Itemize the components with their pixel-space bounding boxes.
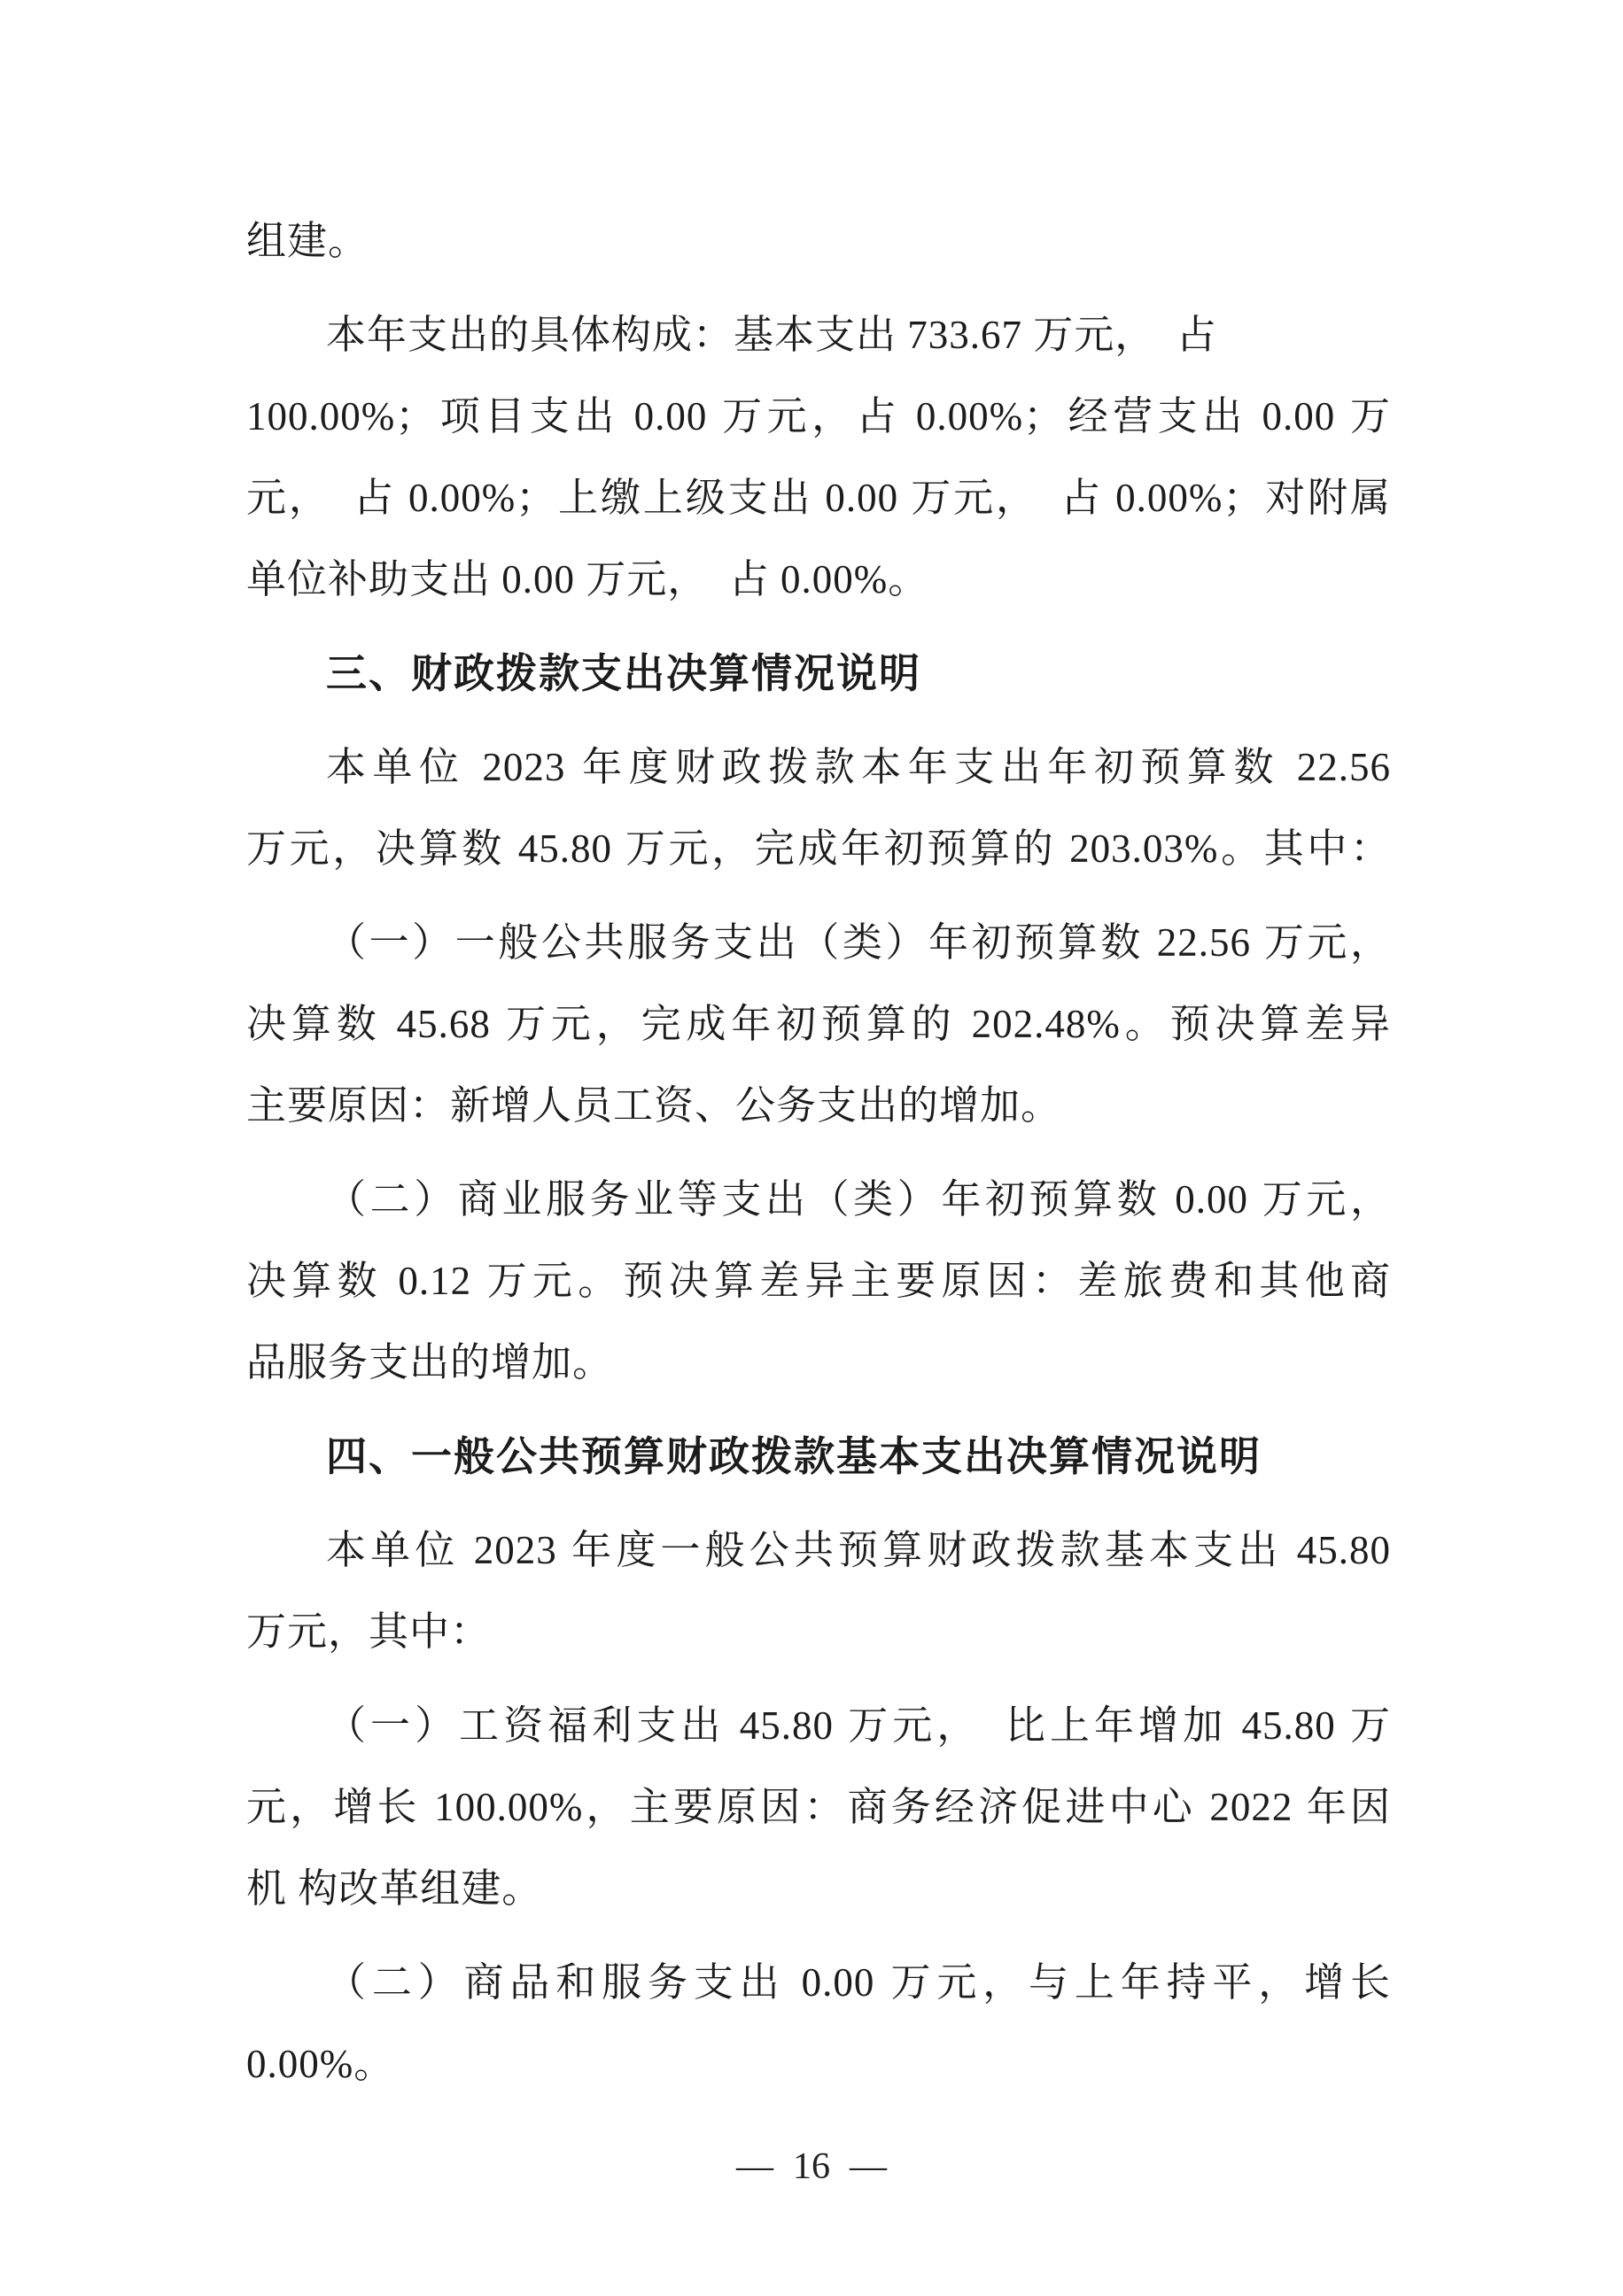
page-number-footer: —16—	[0, 2142, 1623, 2191]
paragraph-line: 万元，决算数 45.80 万元，完成年初预算的 203.03%。其中：	[246, 808, 1391, 889]
paragraph-line: 元，增长 100.00%，主要原因：商务经济促进中心 2022 年因	[246, 1766, 1391, 1848]
paragraph-line: 元， 占 0.00%；上缴上级支出 0.00 万元， 占 0.00%；对附属	[246, 457, 1391, 539]
paragraph-line: 本年支出的具体构成：基本支出 733.67 万元， 占	[246, 294, 1391, 376]
document-page: 组建。 本年支出的具体构成：基本支出 733.67 万元， 占 100.00%；…	[0, 0, 1623, 2296]
paragraph-line: 品服务支出的增加。	[246, 1322, 1391, 1403]
paragraph-line: 本单位 2023 年度财政拨款本年支出年初预算数 22.56	[246, 726, 1391, 808]
paragraph-line: 0.00%。	[246, 2023, 1391, 2105]
paragraph-line: （二）商品和服务支出 0.00 万元，与上年持平，增长	[246, 1942, 1391, 2023]
paragraph-line: 100.00%；项目支出 0.00 万元，占 0.00%；经营支出 0.00 万	[246, 376, 1391, 457]
paragraph-line: 主要原因：新增人员工资、公务支出的增加。	[246, 1065, 1391, 1146]
paragraph-line: 组建。	[246, 200, 1391, 282]
paragraph-line: （二）商业服务业等支出（类）年初预算数 0.00 万元，	[246, 1159, 1391, 1240]
paragraph-line: （一）工资福利支出 45.80 万元， 比上年增加 45.80 万	[246, 1685, 1391, 1766]
footer-dash-left: —	[736, 2146, 773, 2187]
paragraph-line: （一）一般公共服务支出（类）年初预算数 22.56 万元，	[246, 902, 1391, 983]
paragraph-line: 机 构改革组建。	[246, 1848, 1391, 1929]
paragraph-line: 本单位 2023 年度一般公共预算财政拨款基本支出 45.80	[246, 1509, 1391, 1591]
footer-dash-right: —	[850, 2146, 887, 2187]
paragraph-line: 万元，其中：	[246, 1591, 1391, 1672]
section-heading-4: 四、一般公共预算财政拨款基本支出决算情况说明	[246, 1416, 1391, 1497]
paragraph-line: 决算数 0.12 万元。预决算差异主要原因：差旅费和其他商	[246, 1240, 1391, 1322]
document-body: 组建。 本年支出的具体构成：基本支出 733.67 万元， 占 100.00%；…	[246, 200, 1391, 2105]
paragraph-line: 单位补助支出 0.00 万元， 占 0.00%。	[246, 539, 1391, 620]
paragraph-line: 决算数 45.68 万元，完成年初预算的 202.48%。预决算差异	[246, 983, 1391, 1065]
footer-page-number: 16	[793, 2146, 830, 2187]
section-heading-3: 三、财政拨款支出决算情况说明	[246, 632, 1391, 714]
